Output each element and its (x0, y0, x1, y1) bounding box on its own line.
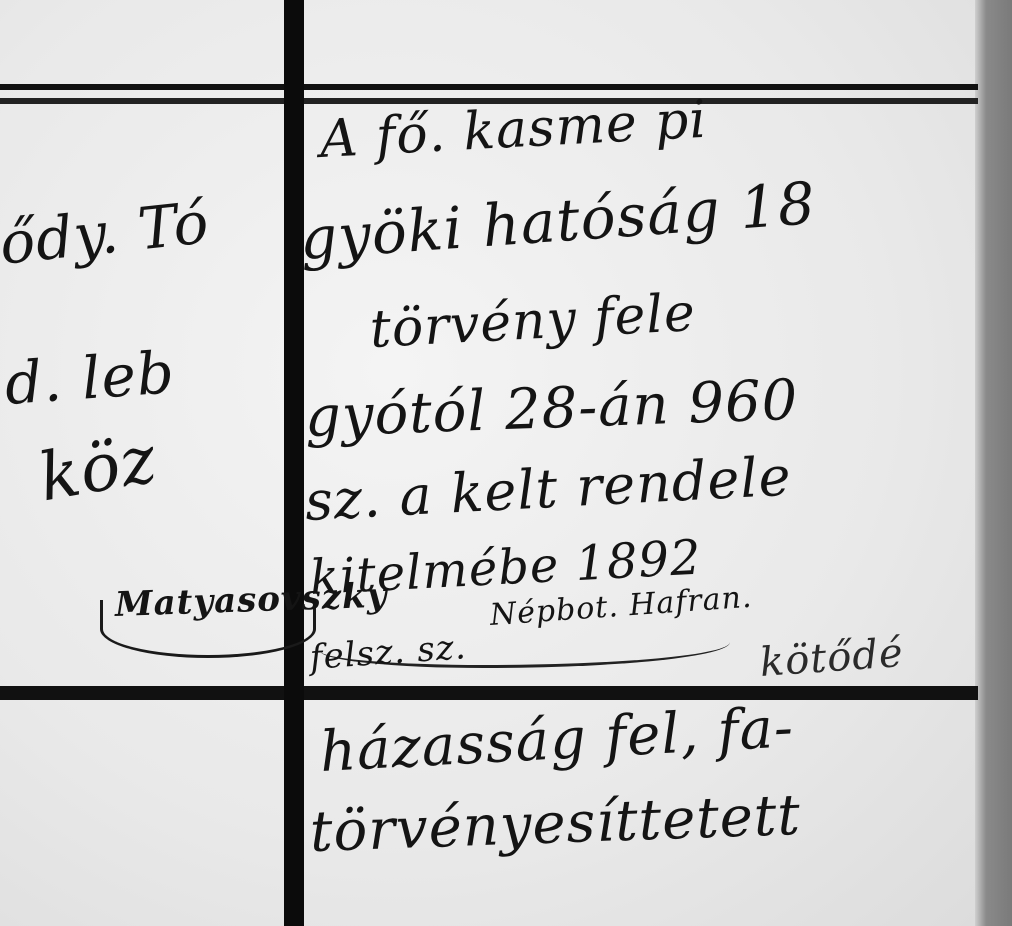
page-edge-shadow (975, 0, 1012, 926)
top-double-rule (0, 84, 978, 90)
left-line-2: d. leb (3, 338, 177, 418)
middle-rule (0, 686, 978, 700)
column-divider (284, 0, 304, 926)
